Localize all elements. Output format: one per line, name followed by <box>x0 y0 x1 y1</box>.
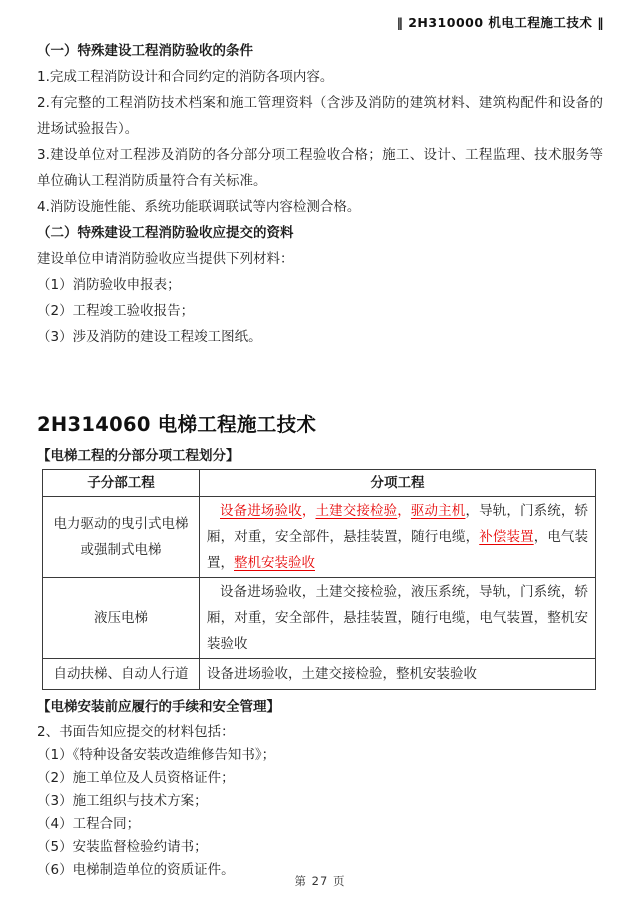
list-item: 2.有完整的工程消防技术档案和施工管理资料（含涉及消防的建筑材料、建筑构配件和设… <box>37 90 603 142</box>
column-header-subdivision: 子分部工程 <box>43 470 200 497</box>
fire-materials-list: （1）消防验收申报表；（2）工程竣工验收报告；（3）涉及消防的建设工程竣工图纸。 <box>37 272 603 350</box>
subitems-cell: 设备进场验收，土建交接检验，液压系统，导轨，门系统，轿厢，对重，安全部件，悬挂装… <box>200 578 596 659</box>
highlight-term: ， <box>302 503 316 519</box>
list-item: （1）《特种设备安装改造维修告知书》； <box>37 744 603 767</box>
list-item: （5）安装监督检验约请书； <box>37 836 603 859</box>
subdivision-cell: 电力驱动的曳引式电梯或强制式电梯 <box>43 497 200 578</box>
table-row: 电力驱动的曳引式电梯或强制式电梯 设备进场验收，土建交接检验，驱动主机，导轨，门… <box>43 497 596 578</box>
list-item: 4.消防设施性能、系统功能联调联试等内容检测合格。 <box>37 194 603 220</box>
list-item: （2）施工单位及人员资格证件； <box>37 767 603 790</box>
subtitle-procedure: 【电梯安装前应履行的手续和安全管理】 <box>37 694 603 720</box>
column-header-subitem: 分项工程 <box>200 470 596 497</box>
list-item: （3）涉及消防的建设工程竣工图纸。 <box>37 324 603 350</box>
subheading-fire-materials: （二）特殊建设工程消防验收应提交的资料 <box>37 220 603 246</box>
subdivision-cell: 液压电梯 <box>43 578 200 659</box>
subdivision-cell: 自动扶梯、自动人行道 <box>43 659 200 690</box>
page-header: ‖ 2H310000 机电工程施工技术 ‖ <box>397 13 604 31</box>
procedure-list: （1）《特种设备安装改造维修告知书》；（2）施工单位及人员资格证件；（3）施工组… <box>37 744 603 882</box>
table-row: 液压电梯 设备进场验收，土建交接检验，液压系统，导轨，门系统，轿厢，对重，安全部… <box>43 578 596 659</box>
list-item: （3）施工组织与技术方案； <box>37 790 603 813</box>
document-page: ‖ 2H310000 机电工程施工技术 ‖ （一）特殊建设工程消防验收的条件 1… <box>0 0 640 905</box>
list-item: （2）工程竣工验收报告； <box>37 298 603 324</box>
elevator-division-table: 子分部工程 分项工程 电力驱动的曳引式电梯或强制式电梯 设备进场验收，土建交接检… <box>42 469 596 690</box>
highlight-term: 土建交接检验 <box>315 503 397 519</box>
highlight-term: 整机安装验收 <box>234 555 315 571</box>
fire-conditions-list: 1.完成工程消防设计和合同约定的消防各项内容。2.有完整的工程消防技术档案和施工… <box>37 64 603 220</box>
page-content: （一）特殊建设工程消防验收的条件 1.完成工程消防设计和合同约定的消防各项内容。… <box>37 38 603 882</box>
list-item: （1）消防验收申报表； <box>37 272 603 298</box>
list-item: 1.完成工程消防设计和合同约定的消防各项内容。 <box>37 64 603 90</box>
plain-text: 设备进场验收，土建交接检验，整机安装验收 <box>207 666 477 682</box>
procedure-intro: 2、书面告知应提交的材料包括： <box>37 721 603 744</box>
subitems-cell: 设备进场验收，土建交接检验，驱动主机，导轨，门系统，轿厢，对重，安全部件，悬挂装… <box>200 497 596 578</box>
table-row: 自动扶梯、自动人行道 设备进场验收，土建交接检验，整机安装验收 <box>43 659 596 690</box>
highlight-term: 补偿装置 <box>479 529 533 545</box>
list-item: （4）工程合同； <box>37 813 603 836</box>
table-body: 电力驱动的曳引式电梯或强制式电梯 设备进场验收，土建交接检验，驱动主机，导轨，门… <box>43 497 596 690</box>
page-number: 第 27 页 <box>0 873 640 889</box>
highlight-term: ， <box>397 503 411 519</box>
section-title: 2H314060 电梯工程施工技术 <box>37 410 603 440</box>
procedure-block: 【电梯安装前应履行的手续和安全管理】 2、书面告知应提交的材料包括： （1）《特… <box>37 694 603 882</box>
highlight-term: 驱动主机 <box>411 503 466 519</box>
subitems-cell: 设备进场验收，土建交接检验，整机安装验收 <box>200 659 596 690</box>
list-item: 3.建设单位对工程涉及消防的各分部分项工程验收合格；施工、设计、工程监理、技术服… <box>37 142 603 194</box>
table-header-row: 子分部工程 分项工程 <box>43 470 596 497</box>
subheading-fire-conditions: （一）特殊建设工程消防验收的条件 <box>37 38 603 64</box>
plain-text: 设备进场验收，土建交接检验，液压系统，导轨，门系统，轿厢，对重，安全部件，悬挂装… <box>207 584 588 652</box>
subtitle-division: 【电梯工程的分部分项工程划分】 <box>37 443 603 469</box>
highlight-term: 设备进场验收 <box>220 503 302 519</box>
fire-materials-intro: 建设单位申请消防验收应当提供下列材料： <box>37 246 603 272</box>
